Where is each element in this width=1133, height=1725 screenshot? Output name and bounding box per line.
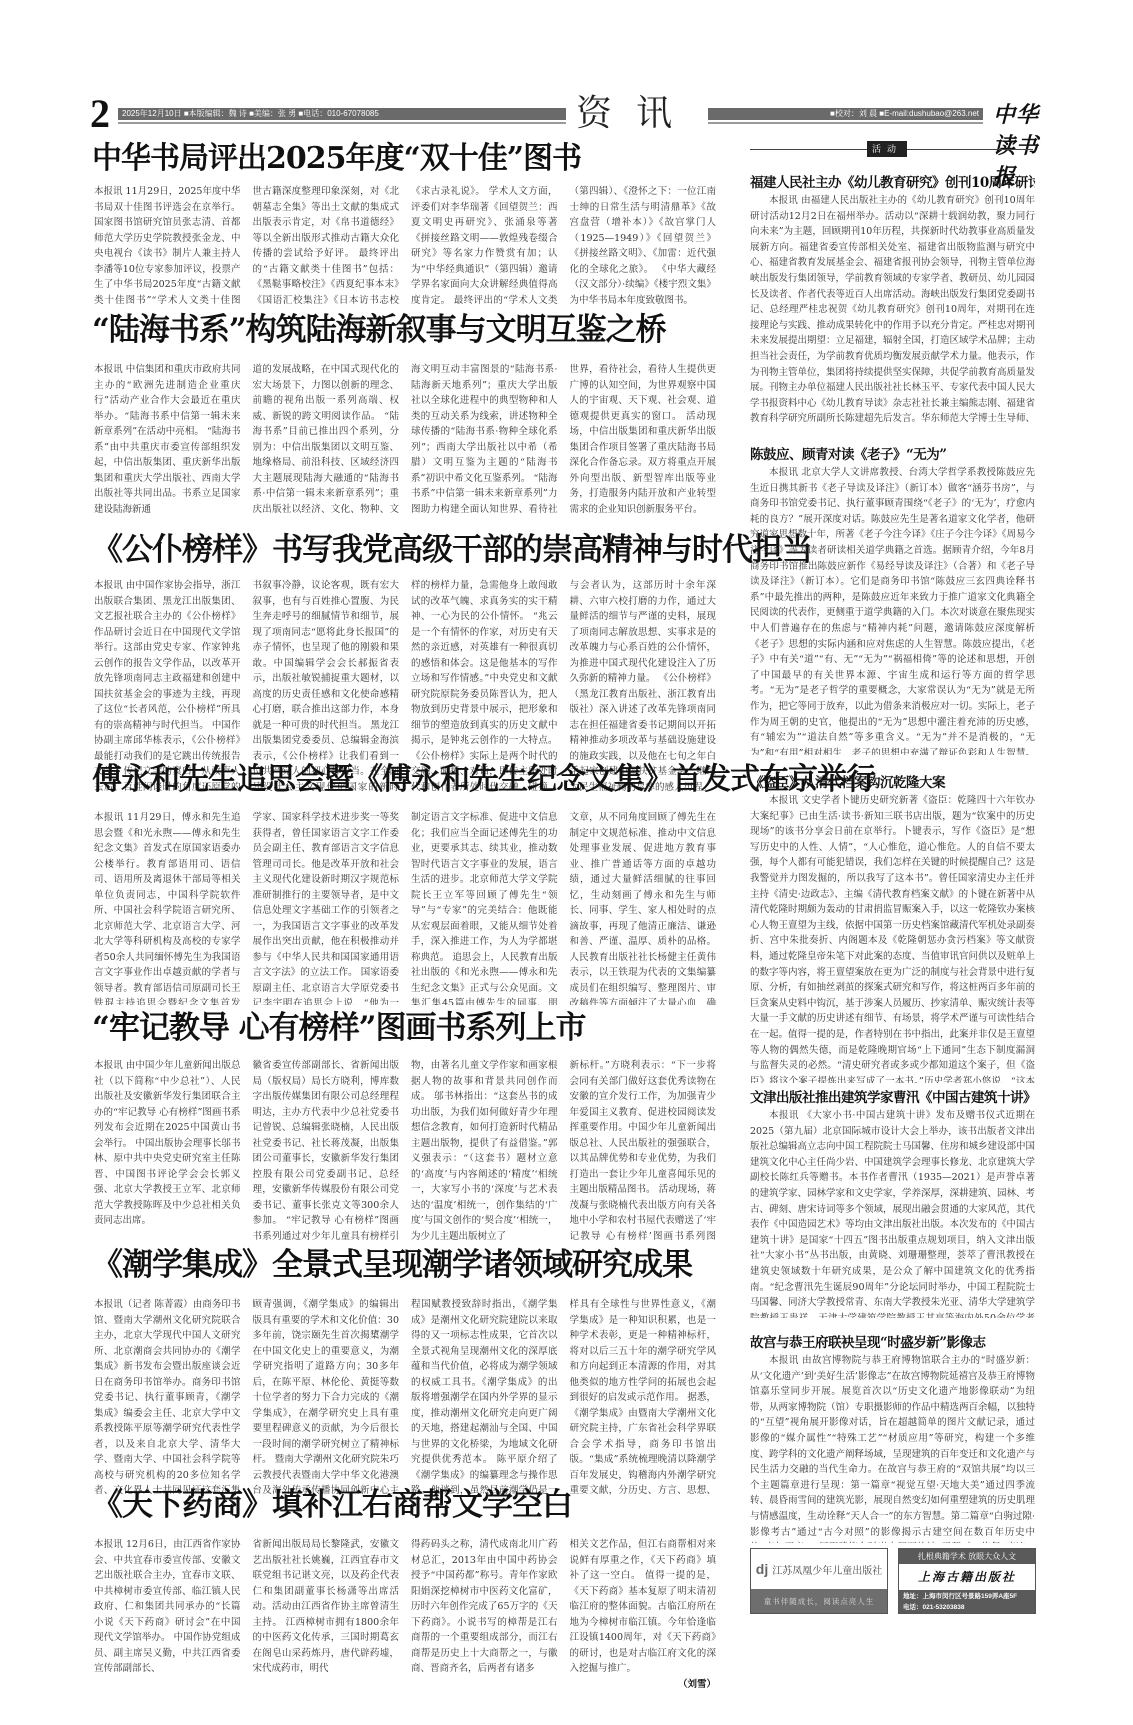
article-luhai-book-series: “陆海书系”构筑陆海新叙事与文明互鉴之桥 本报讯 中信集团和重庆市政府共同主办的… — [92, 310, 717, 350]
article-column: 样具有全球性与世界性意义，《潮学集成》是一种知识积累，也是一种学术表彰，更是一种… — [570, 1297, 717, 1497]
publisher-name: 上海古籍出版社 — [899, 1564, 1035, 1590]
sidebar-headline: 故宫与恭王府联袂呈现“时盛岁新”影像志 — [750, 1333, 1035, 1353]
article-column: 相关文艺作品，但江右商帮相对来说鲜有厚重之作，《天下药商》填补了这一空白。 值得… — [570, 1537, 717, 1717]
article-chaozhou-studies: 《潮学集成》全景式呈现潮学诸领域研究成果 本报讯（记者 陈菁霞）由商务印书馆、暨… — [92, 1245, 717, 1285]
article-column: 本报讯（记者 陈菁霞）由商务印书馆、暨南大学潮州文化研究院联合主办，北京大学现代… — [94, 1297, 241, 1497]
article-double-ten-awards: 中华书局评出2025年度“双十佳”图书 本报讯 11月29日，2025年度中华书… — [92, 140, 717, 178]
sidebar-item-palace-photo-exhibition: 故宫与恭王府联袂呈现“时盛岁新”影像志 本报讯 由故宫博物院与恭王府博物馆联合主… — [750, 1333, 1035, 1543]
ad-jiangsu-phoenix-children[interactable]: dj 江苏凤凰少年儿童出版社 童书伴随成长，阅读点亮人生 — [750, 1548, 888, 1614]
sidebar-headline: 文津出版社推出建筑学家曹汛《中国古建筑十讲》 — [750, 1088, 1035, 1108]
article-column: 制定语言文字标准、促进中文信息化；我们应当全面记述傅先生的功业，更要承其志、续其… — [411, 810, 558, 1005]
article-column: 省新闻出版局局长黎隆武，安徽文艺出版社社长姚巍，江西宜春市文联党组书记谌文亮，以… — [253, 1537, 400, 1717]
headline: 《潮学集成》全景式呈现潮学诸领域研究成果 — [92, 1245, 717, 1285]
article-picture-book-series: “牢记教导 心有榜样”图画书系列上市 本报讯 由中国少年儿童新闻出版总社（以下简… — [92, 1008, 717, 1048]
article-column: 本报讯 中信集团和重庆市政府共同主办的“欧洲先进制造企业重庆行”活动产业合作大会… — [94, 362, 241, 517]
sidebar-body: 本报讯 由故宫博物院与恭王府博物馆联合主办的“时盛岁新：从‘文化遗产’到‘美好生… — [750, 1353, 1035, 1543]
article-public-servant-role-model: 《公仆榜样》书写我党高级干部的崇高精神与时代担当 本报讯 由中国作家协会指导，浙… — [92, 530, 717, 570]
masthead: 2 2025年12月10日 ■本版编辑：魏 诗 ■美编：张 勇 ■电话：010-… — [90, 100, 1040, 132]
article-column: 海文明互动丰富图景的“陆海书系·陆海新天地系列”；重庆大学出版社以全球化进程中的… — [411, 362, 558, 517]
divider — [708, 122, 983, 124]
article-column: 得药码头之称，清代成南北川广药材总汇，2013年由中国中药协会授予“中国药都”称… — [411, 1537, 558, 1717]
publisher-logo-icon: dj — [756, 1561, 768, 1577]
page-number: 2 — [90, 94, 110, 134]
sidebar-item-fujian-journal: 福建人民社主办《幼儿教育研究》创刊10周年研讨活动 本报讯 由福建人民出版社主办… — [750, 173, 1035, 428]
article-column: 《求古录礼说》。 学术人文方面，评委们对李华瑞著《回望贺兰：西夏文明史再研究》、… — [411, 184, 558, 304]
article-column: 徽省委宣传部副部长、省新闻出版局（版权局）局长方晓利，博库数字出版传媒集团有限公… — [253, 1058, 400, 1243]
headline: 中华书局评出2025年度“双十佳”图书 — [92, 140, 717, 178]
ad-contact: 地址：上海市闵行区号景路159弄A座5F 电话：021-53203838 — [899, 1590, 1035, 1614]
sidebar-item-daochen: 《盗臣》从清代档案钩沉乾隆大案 本报讯 文史学者卜键历史研究新著《盗臣：乾隆四十… — [750, 773, 1035, 1083]
article-column: 世古籍深度整理印象深刻，对《北朝墓志全集》等出土文献的集成式出版表示肯定，对《帛… — [253, 184, 400, 304]
article-column: 顾青强调，《潮学集成》的编辑出版具有重要的学术和文化价值：30多年前，饶宗颐先生… — [253, 1297, 400, 1497]
ad-slogan: 童书伴随成长，阅读点亮人生 — [751, 1589, 887, 1614]
sidebar-body: 本报讯 北京大学人文讲席教授、台湾大学哲学系教授陈鼓应先生近日携其新书《老子导读… — [750, 465, 1035, 755]
byline: （刘雪） — [570, 1677, 717, 1693]
article-column: 学家、国家科学技术进步奖一等奖获得者，曾任国家语言文字工作委员会副主任、教育部语… — [253, 810, 400, 1005]
article-column: 道的发展战略，在中国式现代化的宏大场景下，力图以创新的理念、前瞻的视角出版一系列… — [253, 362, 400, 517]
ad-header: dj 江苏凤凰少年儿童出版社 — [751, 1549, 887, 1589]
article-column: 文章，从不同角度回顾了傅先生在制定中文规范标准、推动中文信息处理事业发展、促进地… — [570, 810, 717, 1005]
article-column: 本报讯 11月29日，傅永和先生追思会暨《和光永煦——傅永和先生纪念文集》首发式… — [94, 810, 241, 1005]
ad-address: 地址：上海市闵行区号景路159弄A座5F — [903, 1591, 1031, 1602]
article-text: 相关文艺作品，但江右商帮相对来说鲜有厚重之作，《天下药商》填补了这一空白。 值得… — [570, 1539, 717, 1674]
article-column: 程国赋教授致辞时指出，《潮学集成》是潮州文化研究院建院以来取得的又一项标志性成果… — [411, 1297, 558, 1497]
divider — [118, 122, 566, 124]
article-column: 本报讯 12月6日，由江西省作家协会、中共宜春市委宣传部、安徽文艺出版社联合主办… — [94, 1537, 241, 1717]
headline: 《公仆榜样》书写我党高级干部的崇高精神与时代担当 — [92, 530, 717, 570]
publisher-name: 江苏凤凰少年儿童出版社 — [772, 1562, 882, 1577]
sidebar-headline: 陈鼓应、顾青对读《老子》“无为” — [750, 445, 1035, 465]
ad-shanghai-classics[interactable]: 扎根典籍学术 放眼大众人文 上海古籍出版社 地址：上海市闵行区号景路159弄A座… — [898, 1548, 1036, 1614]
contact-info-bar: ■校对：刘 晨 ■E-mail:dushubao@263.net — [708, 108, 983, 120]
sidebar-item-ancient-architecture: 文津出版社推出建筑学家曹汛《中国古建筑十讲》 本报讯 《大家小书·中国古建筑十讲… — [750, 1088, 1035, 1318]
article-column: 物，由著名儿童文学作家和画家根据人物的故事和背景共同创作而成。 邬书林指出：“这… — [411, 1058, 558, 1243]
sidebar-body: 本报讯 由福建人民出版社主办的《幼儿教育研究》创刊10周年研讨活动12月2日在福… — [750, 193, 1035, 428]
edition-info-bar: 2025年12月10日 ■本版编辑：魏 诗 ■美编：张 勇 ■电话：010-67… — [118, 108, 566, 120]
article-fu-yonghe-memorial: 傅永和先生追思会暨《傅永和先生纪念文集》首发式在京举行 本报讯 11月29日，傅… — [92, 760, 717, 800]
sidebar-item-laozi-dialogue: 陈鼓应、顾青对读《老子》“无为” 本报讯 北京大学人文讲席教授、台湾大学哲学系教… — [750, 445, 1035, 755]
ad-phone: 电话：021-53203838 — [903, 1602, 1031, 1613]
section-tag: 活动 — [867, 141, 907, 157]
sidebar-headline: 福建人民社主办《幼儿教育研究》创刊10周年研讨活动 — [750, 173, 1035, 193]
headline: 《天下药商》填补江右商帮文学空白 — [92, 1485, 717, 1525]
article-column: 本报讯 由中国少年儿童新闻出版总社（以下简称“中少总社”）、人民出版社及安徽新华… — [94, 1058, 241, 1243]
headline: “陆海书系”构筑陆海新叙事与文明互鉴之桥 — [92, 310, 717, 350]
headline: 傅永和先生追思会暨《傅永和先生纪念文集》首发式在京举行 — [92, 760, 717, 800]
ad-slogan: 扎根典籍学术 放眼大众人文 — [899, 1549, 1035, 1564]
sidebar-headline: 《盗臣》从清代档案钩沉乾隆大案 — [750, 773, 1035, 793]
article-column: 新标杆。”方晓利表示：“下一步将会同有关部门做好这套优秀读物在安徽的宣介发行工作… — [570, 1058, 717, 1243]
article-column: （第四辑）、《澄怀之下：一位江南士绅的日常生活与明清鼎革》《故宫盘营（增补本）》… — [570, 184, 717, 304]
article-tianxia-yaoshang: 《天下药商》填补江右商帮文学空白 本报讯 12月6日，由江西省作家协会、中共宜春… — [92, 1485, 717, 1525]
article-column: 世界，看待社会，看待人生提供更广博的认知空间，为世界观察中国人的宇宙观、天下观、… — [570, 362, 717, 517]
sidebar-body: 本报讯 《大家小书·中国古建筑十讲》发布及赠书仪式近期在2025（第九届）北京国… — [750, 1108, 1035, 1318]
sidebar-body: 本报讯 文史学者卜键历史研究新著《盗臣：乾隆四十六年钦办大案纪事》已由生活·读书… — [750, 793, 1035, 1083]
article-column: 本报讯 11月29日，2025年度中华书局双十佳图书评选会在京举行。国家图书馆研… — [94, 184, 241, 304]
headline: “牢记教导 心有榜样”图画书系列上市 — [92, 1008, 717, 1048]
section-title: 资讯 — [576, 94, 696, 134]
